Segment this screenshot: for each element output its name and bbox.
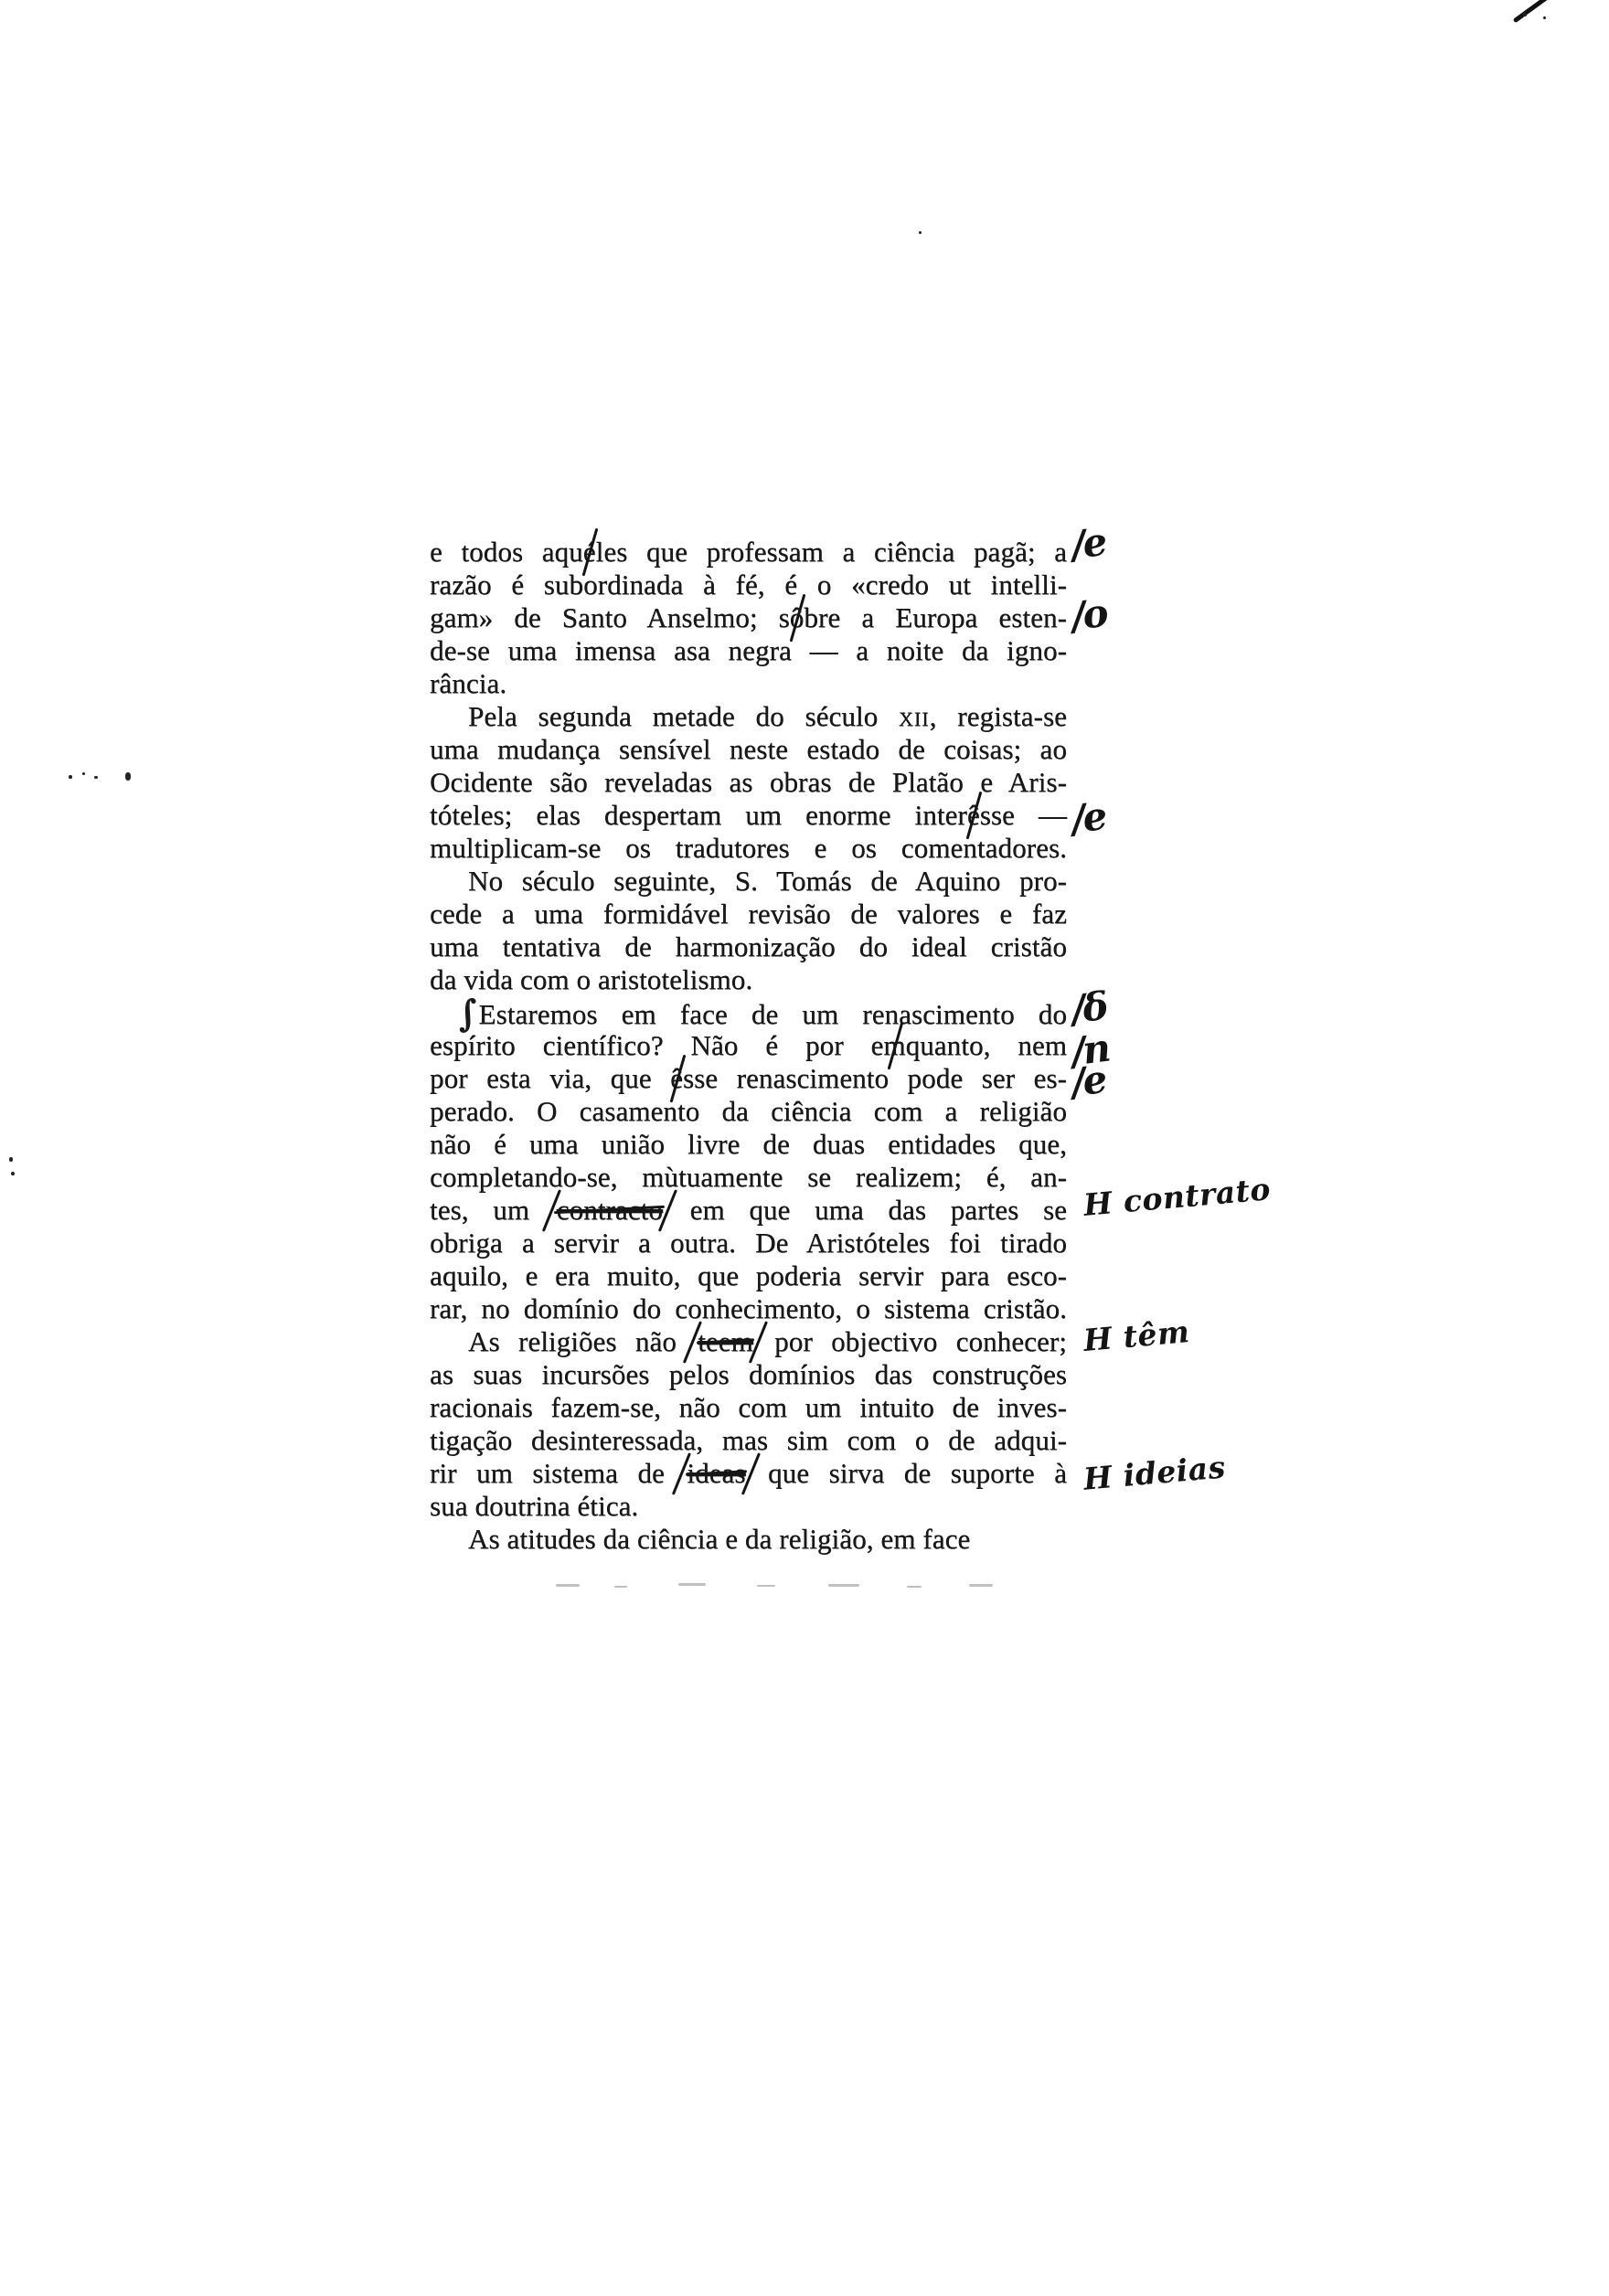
scan-speck <box>11 1172 15 1175</box>
scan-dash <box>556 1584 580 1587</box>
scan-dash <box>614 1586 627 1588</box>
scan-speck <box>125 772 131 781</box>
scan-speck <box>1523 13 1527 16</box>
scan-dash <box>969 1584 993 1587</box>
scan-speck <box>9 1157 13 1162</box>
scan-speck <box>94 776 98 779</box>
scan-noise <box>0 0 1609 2296</box>
scan-speck <box>82 772 85 775</box>
scan-speck <box>919 231 922 234</box>
scan-speck <box>69 775 72 779</box>
scan-dash <box>757 1585 775 1587</box>
scan-dash <box>828 1584 859 1587</box>
scan-speck <box>1543 16 1546 19</box>
scan-dash <box>678 1583 706 1586</box>
scan-dash <box>907 1586 922 1588</box>
scanned-page: e todos aquéles que professam a ciência … <box>0 0 1609 2296</box>
